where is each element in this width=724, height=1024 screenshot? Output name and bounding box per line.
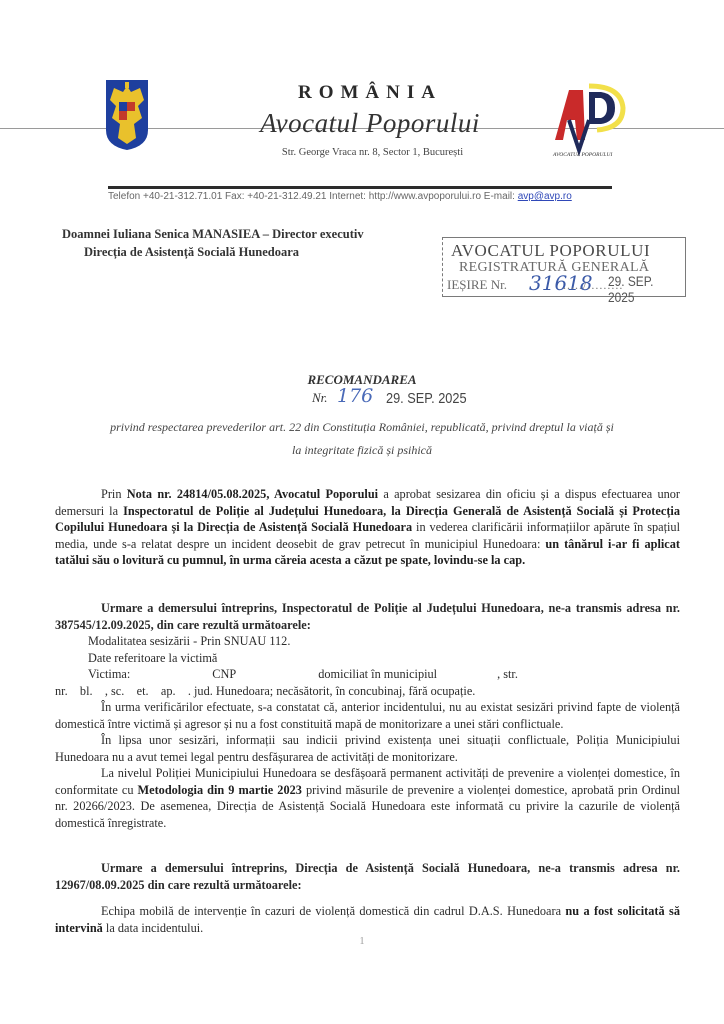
note-reference: Nota nr. 24814/05.08.2025, Avocatul Popo… — [127, 487, 378, 501]
checks-paragraph: În urma verificărilor efectuate, s-a con… — [55, 699, 680, 732]
svg-text:AVOCATUL POPORULUI: AVOCATUL POPORULUI — [552, 152, 613, 158]
street-label: , str. — [437, 667, 518, 681]
stamp-label: IEȘIRE Nr. — [447, 277, 507, 293]
prevention-paragraph: La nivelul Poliției Municipiului Hunedoa… — [55, 765, 680, 831]
contact-details: Telefon +40-21-312.71.01 Fax: +40-21-312… — [108, 191, 518, 202]
methodology-reference: Metodologia din 9 martie 2023 — [138, 783, 302, 797]
address-line: nr. bl. , sc. et. ap. . jud. Hunedoara; … — [55, 683, 680, 700]
page-number: 1 — [0, 936, 724, 947]
text: Prin — [101, 487, 127, 501]
romania-coat-of-arms-icon — [104, 78, 150, 152]
text: Echipa mobilă de intervenție în cazuri d… — [101, 904, 565, 918]
recommendation-date: 29. SEP. 2025 — [386, 390, 467, 407]
header-institution: Avocatul Poporului — [240, 108, 500, 139]
email-link[interactable]: avp@avp.ro — [518, 191, 572, 202]
stamp-title: AVOCATUL POPORULUI — [451, 241, 650, 261]
absence-paragraph: În lipsa unor sesizări, informații sau i… — [55, 732, 680, 765]
victim-line: Victima:CNPdomiciliat în municipiul, str… — [55, 666, 680, 683]
addressee-name: Doamnei Iuliana Senica MANASIEA – Direct… — [62, 227, 364, 242]
police-section: Urmare a demersului întreprins, Inspecto… — [55, 600, 680, 831]
header-address: Str. George Vraca nr. 8, Sector 1, Bucur… — [240, 147, 505, 158]
police-heading: Urmare a demersului întreprins, Inspecto… — [55, 600, 680, 633]
das-heading: Urmare a demersului întreprins, Direcția… — [55, 860, 680, 893]
modality-line: Modalitatea sesizării - Prin SNUAU 112. — [55, 633, 680, 650]
recommendation-subtitle-line2: la integritate fizică și psihică — [0, 443, 724, 458]
recommendation-subtitle-line1: privind respectarea prevederilor art. 22… — [0, 420, 724, 435]
das-section: Urmare a demersului întreprins, Direcția… — [55, 860, 680, 936]
domicile-label: domiciliat în municipiul — [236, 667, 437, 681]
recommendation-nr-label: Nr. — [312, 390, 328, 406]
victim-label: Victima: — [88, 667, 130, 681]
avp-logo-icon: AVOCATUL POPORULUI — [549, 80, 629, 158]
victim-data-line: Date referitoare la victimă — [55, 650, 680, 667]
text: la data incidentului. — [103, 921, 203, 935]
das-paragraph: Echipa mobilă de intervenție în cazuri d… — [55, 903, 680, 936]
addressee-institution: Direcția de Asistență Socială Hunedoara — [84, 245, 299, 260]
header-contact: Telefon +40-21-312.71.01 Fax: +40-21-312… — [108, 191, 618, 202]
header-country: ROMÂNIA — [250, 82, 490, 104]
cnp-label: CNP — [130, 667, 236, 681]
recommendation-number: 176 — [337, 385, 373, 407]
registry-stamp: AVOCATUL POPORULUI REGISTRATURĂ GENERALĂ… — [442, 237, 686, 297]
header-rule-thick — [108, 186, 612, 189]
intro-paragraph: Prin Nota nr. 24814/05.08.2025, Avocatul… — [55, 486, 680, 569]
stamp-date: 29. SEP. 2025 — [608, 273, 673, 305]
